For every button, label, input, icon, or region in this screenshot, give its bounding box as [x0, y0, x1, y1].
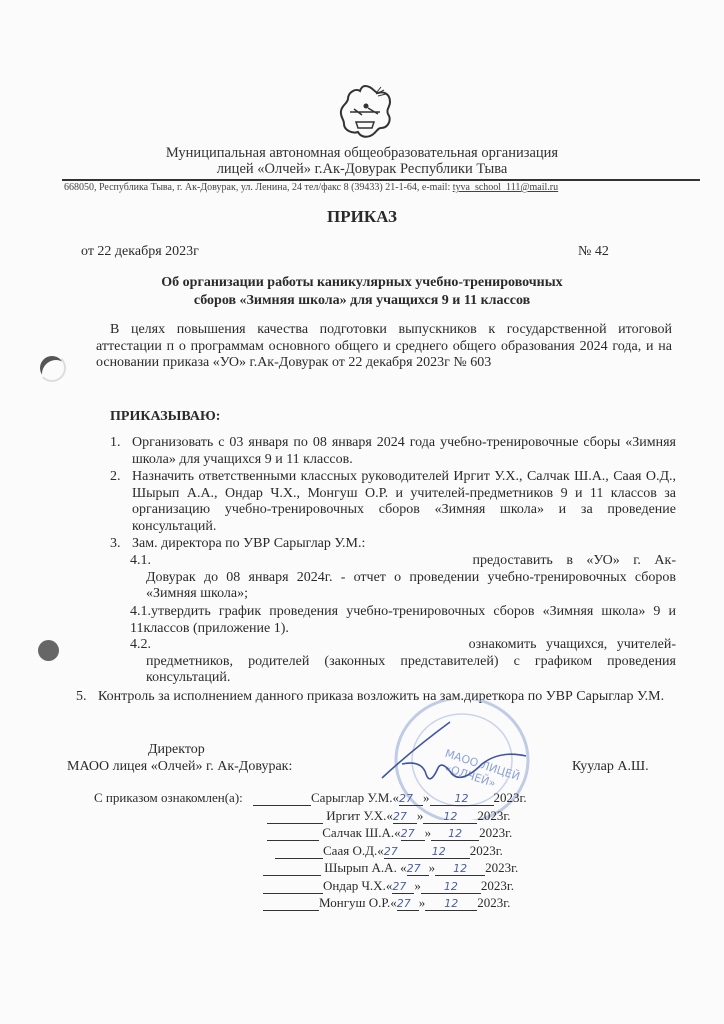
- document-date: от 22 декабря 2023г: [81, 244, 199, 260]
- ack-row: Иргит У.Х.«27»122023г.: [253, 808, 553, 826]
- acknowledgement-list: Сарыглар У.М.«27»122023г. Иргит У.Х.«27»…: [253, 790, 553, 913]
- ack-row: Сарыглар У.М.«27»122023г.: [253, 790, 553, 808]
- ack-row: Шырып А.А. «27»122023г.: [253, 860, 553, 878]
- ack-row: Ондар Ч.Х.«27»122023г.: [253, 878, 553, 896]
- order-item-2: 2. Назначить ответственными классных рук…: [110, 469, 676, 535]
- signer-name: Куулар А.Ш.: [572, 759, 649, 775]
- header-divider: [62, 179, 700, 181]
- subject-line1: Об организации работы каникулярных учебн…: [0, 275, 724, 291]
- org-name-line2: лицей «Олчей» г.Ак-Довурак Республики Ты…: [0, 161, 724, 178]
- tuva-emblem-icon: [332, 82, 398, 146]
- email-link[interactable]: tyva_school_111@mail.ru: [453, 182, 558, 193]
- document-number: № 42: [578, 244, 609, 260]
- signer-position: Директор: [148, 742, 205, 758]
- punch-hole-icon: [38, 640, 59, 661]
- subitem-4-1b: 4.1.утвердить график проведения учебно-т…: [130, 604, 676, 637]
- ack-row: Салчак Ш.А.«27»122023г.: [253, 825, 553, 843]
- org-address: 668050, Республика Тыва, г. Ак-Довурак, …: [64, 182, 558, 193]
- orders-heading: ПРИКАЗЫВАЮ:: [110, 409, 220, 425]
- ack-row: Монгуш О.Р.«27»122023г.: [253, 895, 553, 913]
- preamble: В целях повышения качества подготовки вы…: [96, 322, 672, 372]
- order-item-3: 3. Зам. директора по УВР Сарыглар У.М.:: [110, 536, 676, 553]
- org-name-line1: Муниципальная автономная общеобразовател…: [0, 145, 724, 162]
- subject-line2: сборов «Зимняя школа» для учащихся 9 и 1…: [0, 293, 724, 309]
- subitem-4-1a: 4.1. предоставить в «УО» г. Ак- Довурак …: [130, 553, 676, 603]
- signer-org: МАОО лицея «Олчей» г. Ак-Довурак:: [67, 759, 292, 775]
- order-list: 1. Организовать с 03 января по 08 января…: [110, 435, 676, 553]
- subitem-4-2: 4.2. ознакомить учащихся, учителей- пред…: [130, 637, 676, 687]
- acknowledgement-label: С приказом ознакомлен(а):: [94, 790, 243, 806]
- order-item-1: 1. Организовать с 03 января по 08 января…: [110, 435, 676, 468]
- punch-hole-icon: [38, 354, 66, 382]
- document-title: ПРИКАЗ: [0, 207, 724, 227]
- ack-row: Саая О.Д.«27122023г.: [253, 843, 553, 861]
